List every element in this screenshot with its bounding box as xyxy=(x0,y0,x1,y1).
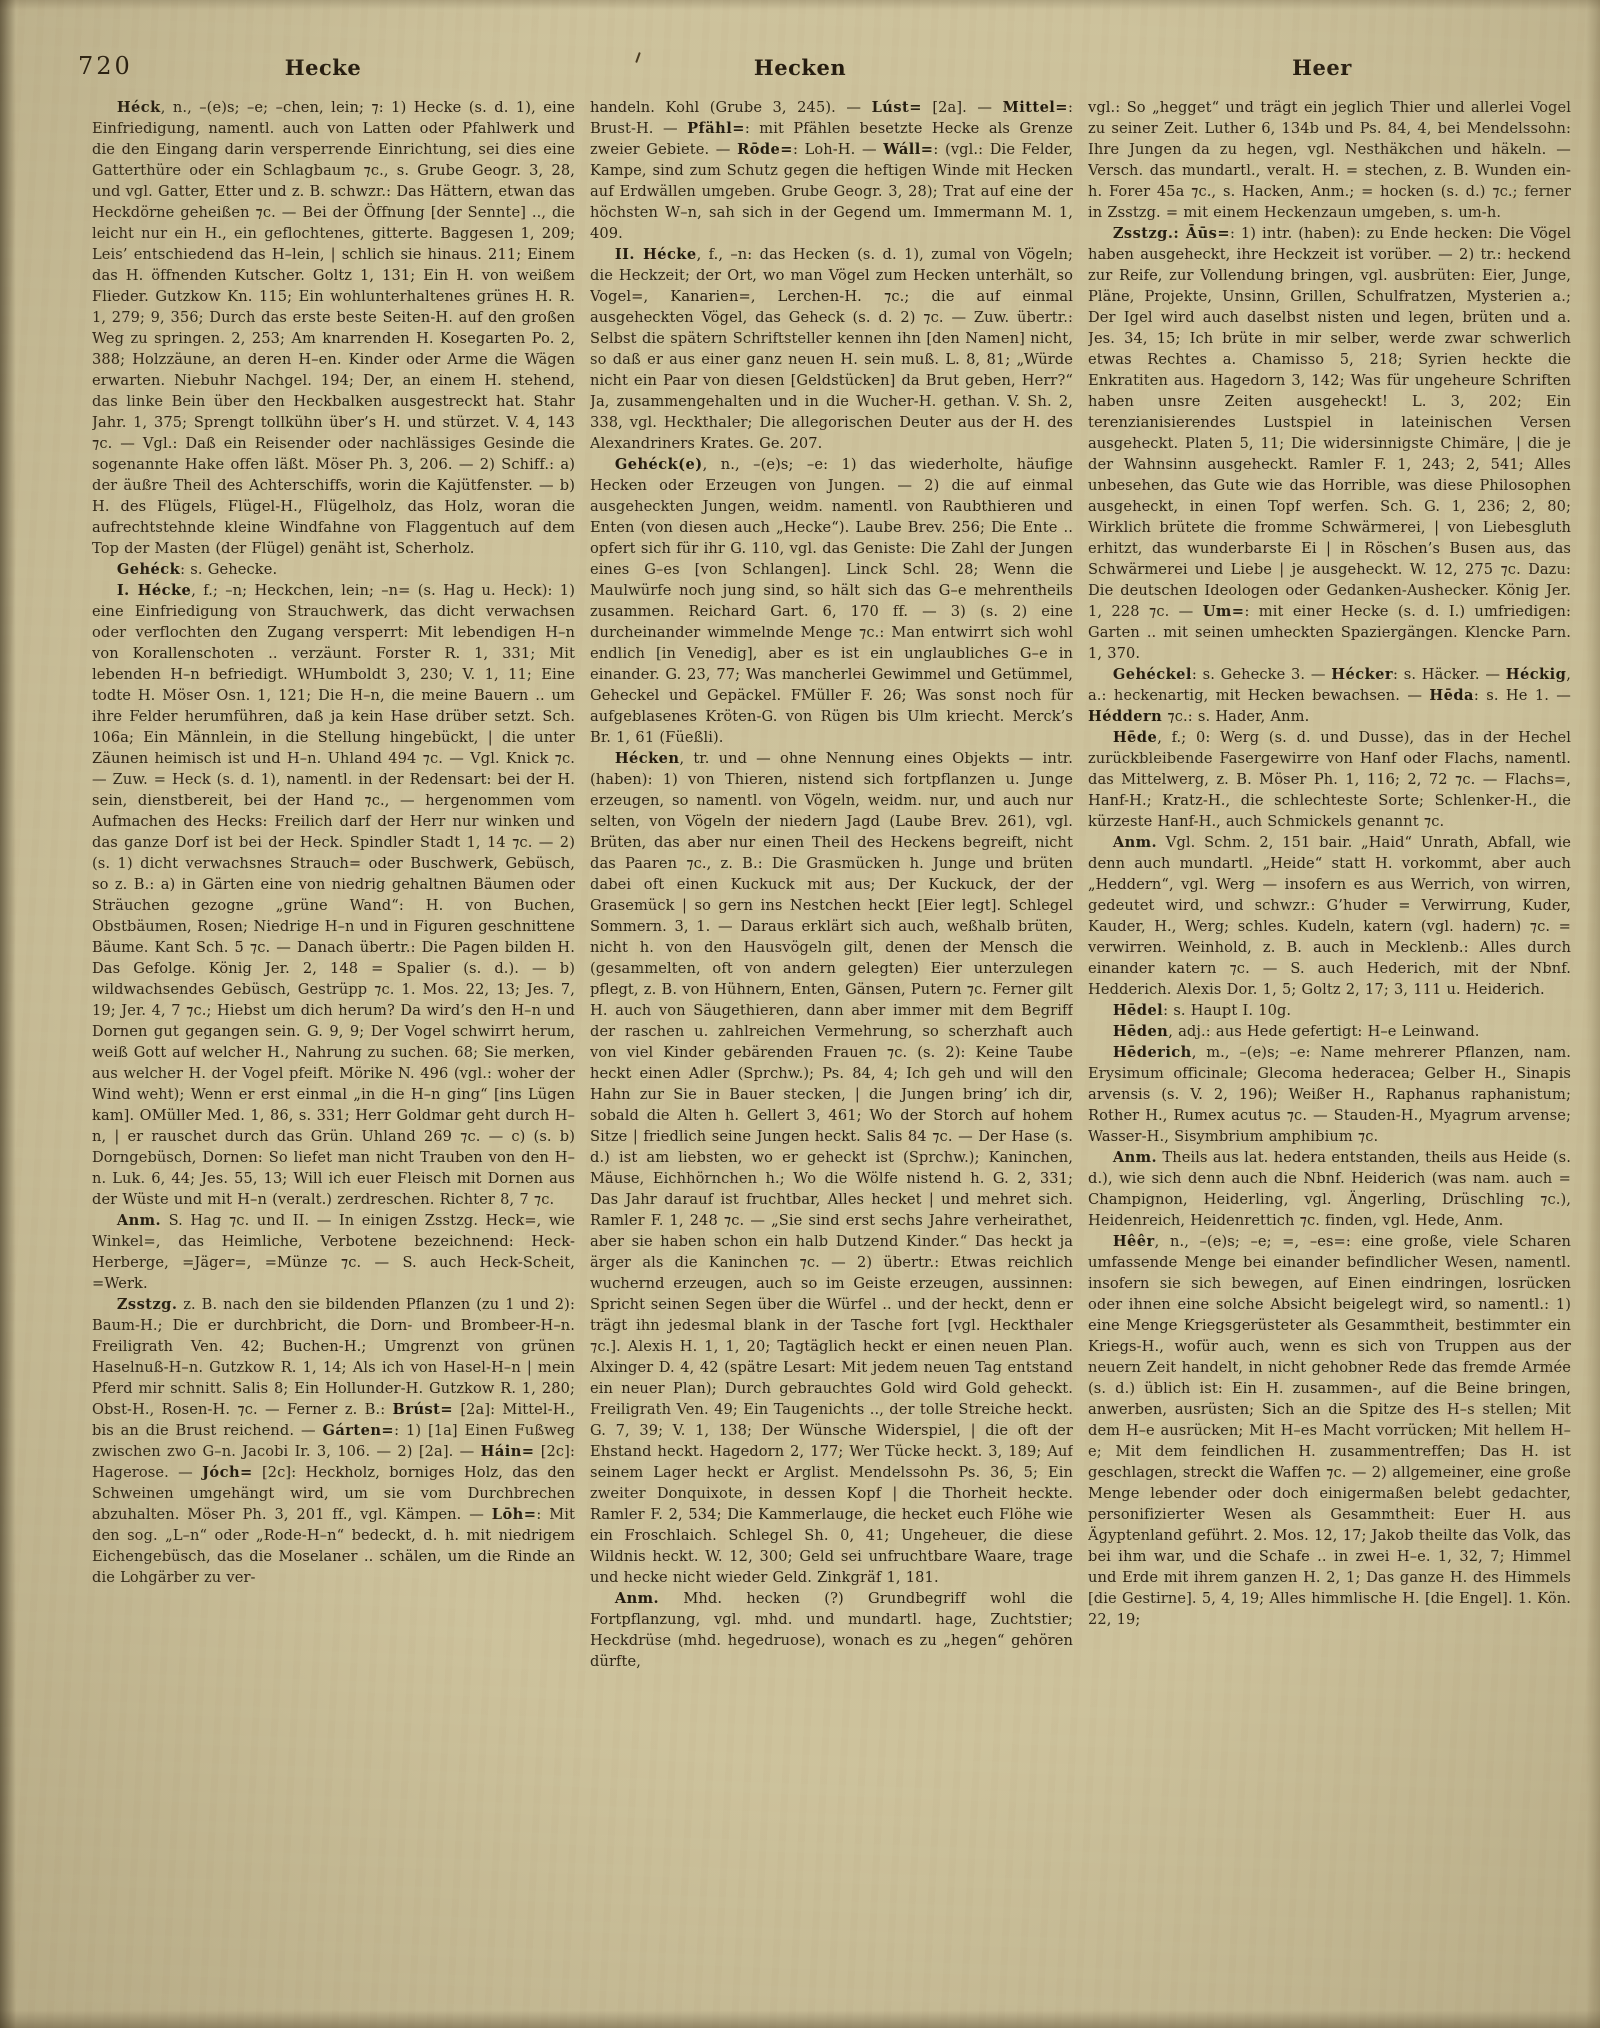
running-head-center: Hecken xyxy=(754,55,846,80)
entry-paragraph: Hécken, tr. und — ohne Nennung eines Obj… xyxy=(590,748,1073,1588)
entry-paragraph: II. Hécke, f., –n: das Hecken (s. d. 1),… xyxy=(590,244,1073,454)
text-column-1: Héck, n., –(e)s; –e; –chen, lein; ⁊: 1) … xyxy=(92,97,575,1912)
entry-paragraph: Gehéckel: s. Gehecke 3. — Hécker: s. Häc… xyxy=(1088,664,1571,727)
ink-speck xyxy=(635,52,641,63)
entry-paragraph: Gehéck: s. Gehecke. xyxy=(92,559,575,580)
entry-paragraph: I. Hécke, f.; –n; Heckchen, lein; –n= (s… xyxy=(92,580,575,1210)
entry-paragraph: Anm. Theils aus lat. hedera entstanden, … xyxy=(1088,1147,1571,1231)
text-column-3: vgl.: So „hegget“ und trägt ein jeglich … xyxy=(1088,97,1571,1912)
entry-paragraph: Hēde, f.; 0: Werg (s. d. und Dusse), das… xyxy=(1088,727,1571,832)
page-number: 720 xyxy=(78,52,133,80)
entry-paragraph: Zsstzg. z. B. nach den sie bildenden Pfl… xyxy=(92,1294,575,1588)
running-head-right: Heer xyxy=(1292,55,1352,80)
dictionary-page-scan: 720 Hecke Hecken Heer Héck, n., –(e)s; –… xyxy=(0,0,1600,2028)
entry-paragraph: Anm. Mhd. hecken (?) Grundbegriff wohl d… xyxy=(590,1588,1073,1672)
entry-paragraph: Anm. Vgl. Schm. 2, 151 bair. „Haid“ Unra… xyxy=(1088,832,1571,1000)
text-column-2: handeln. Kohl (Grube 3, 245). — Lúst= [2… xyxy=(590,97,1073,1912)
running-head-left: Hecke xyxy=(285,55,361,80)
entry-paragraph: handeln. Kohl (Grube 3, 245). — Lúst= [2… xyxy=(590,97,1073,244)
entry-paragraph: Hêêr, n., –(e)s; –e; =, –es=: eine große… xyxy=(1088,1231,1571,1630)
entry-paragraph: Zsstzg.: Āūs=: 1) intr. (haben): zu Ende… xyxy=(1088,223,1571,664)
entry-paragraph: vgl.: So „hegget“ und trägt ein jeglich … xyxy=(1088,97,1571,223)
entry-paragraph: Hēden, adj.: aus Hede gefertigt: H–e Lei… xyxy=(1088,1021,1571,1042)
entry-paragraph: Hēderich, m., –(e)s; –e: Name mehrerer P… xyxy=(1088,1042,1571,1147)
entry-paragraph: Hēdel: s. Haupt I. 10g. xyxy=(1088,1000,1571,1021)
entry-paragraph: Anm. S. Hag ⁊c. und II. — In einigen Zss… xyxy=(92,1210,575,1294)
entry-paragraph: Gehéck(e), n., –(e)s; –e: 1) das wiederh… xyxy=(590,454,1073,748)
entry-paragraph: Héck, n., –(e)s; –e; –chen, lein; ⁊: 1) … xyxy=(92,97,575,559)
